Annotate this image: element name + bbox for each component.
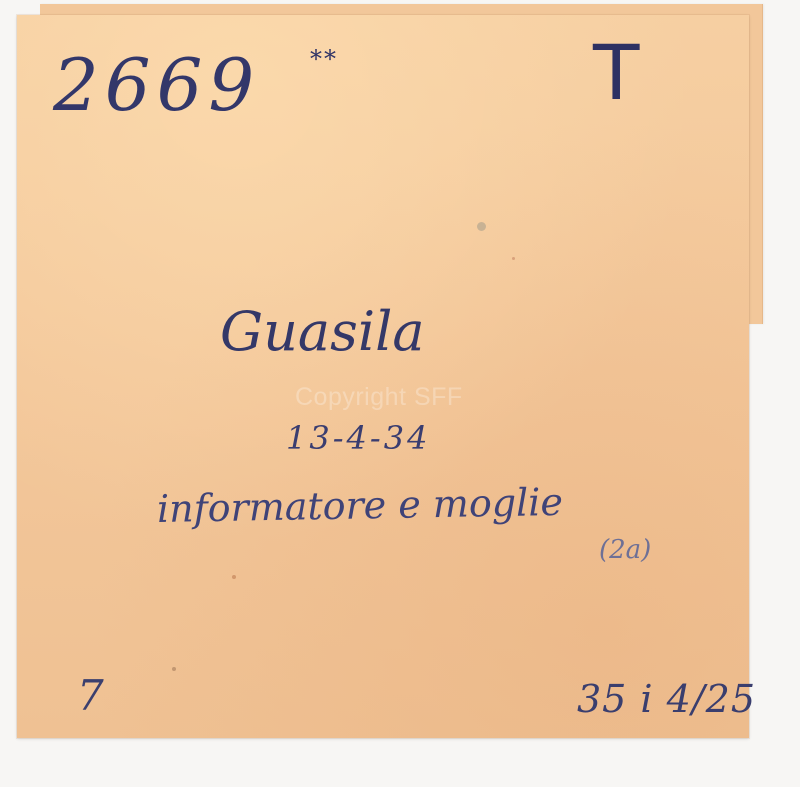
archival-card: 2669 ** T Guasila Copyright SFF 13-4-34 …: [17, 15, 749, 738]
paper-speck: [232, 575, 236, 579]
place-name: Guasila: [220, 305, 425, 359]
paper-speck: [477, 222, 486, 231]
copyright-watermark: Copyright SFF: [295, 383, 463, 412]
paper-speck: [512, 257, 515, 260]
catalog-number: 2669: [53, 49, 260, 121]
corner-mark: T: [593, 35, 639, 111]
date: 13-4-34: [286, 422, 430, 454]
bottom-right-code: 35 i 4/25: [577, 680, 756, 718]
description: informatore e moglie: [157, 483, 564, 528]
star-marks-icon: **: [310, 47, 338, 71]
note: (2a): [599, 537, 651, 563]
paper-speck: [172, 667, 176, 671]
bottom-left-mark: 7: [77, 675, 104, 717]
